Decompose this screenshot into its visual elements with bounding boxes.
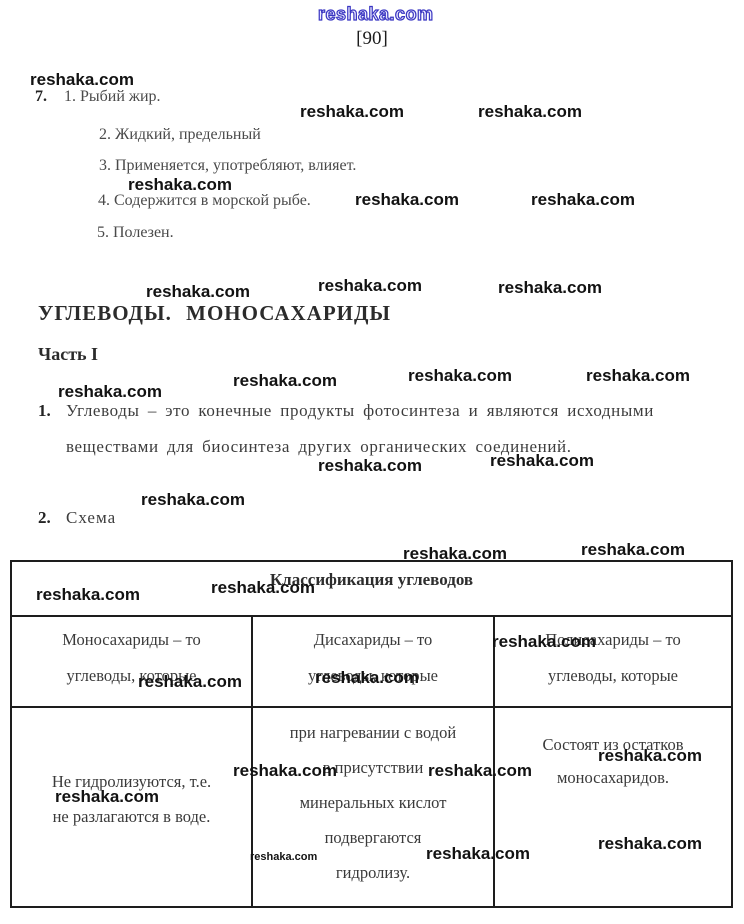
watermark: reshaka.com: [531, 190, 635, 210]
cell-monosaccharides-def: Моносахариды – то углеводы, которые: [12, 617, 251, 706]
watermark: reshaka.com: [318, 276, 422, 296]
cell-disaccharides-def: Дисахариды – то углеводы, которые: [251, 617, 493, 706]
watermark: reshaka.com: [318, 456, 422, 476]
watermark: reshaka.com: [403, 544, 507, 564]
watermark: reshaka.com: [498, 278, 602, 298]
watermark: reshaka.com: [128, 175, 232, 195]
watermark: reshaka.com: [318, 4, 434, 25]
exercise-7-item-5: 5. Полезен.: [97, 224, 174, 242]
page-number: [90]: [0, 28, 744, 50]
cell-text: Дисахариды – то: [253, 622, 493, 658]
cell-text: минеральных кислот: [253, 785, 493, 820]
watermark: reshaka.com: [55, 787, 159, 807]
cell-text: углеводы, которые: [495, 658, 731, 694]
watermark: reshaka.com: [233, 761, 337, 781]
watermark: reshaka.com: [233, 371, 337, 391]
part-heading: Часть I: [38, 344, 98, 365]
watermark: reshaka.com: [146, 282, 250, 302]
cell-polysaccharides-props: Состоят из остатков моносахаридов.: [493, 708, 731, 906]
watermark: reshaka.com: [581, 540, 685, 560]
watermark: reshaka.com: [30, 70, 134, 90]
document-page: [90] 7. 1. Рыбий жир. 2. Жидкий, предель…: [0, 0, 744, 924]
watermark: reshaka.com: [36, 585, 140, 605]
watermark: reshaka.com: [138, 672, 242, 692]
watermark: reshaka.com: [490, 451, 594, 471]
watermark: reshaka.com: [492, 632, 596, 652]
cell-text: при нагревании с водой: [253, 715, 493, 750]
watermark: reshaka.com: [428, 761, 532, 781]
table-row-properties: Не гидролизуются, т.е. не разлагаются в …: [12, 708, 731, 906]
watermark: reshaka.com: [426, 844, 530, 864]
item-2-label: Схема: [66, 508, 116, 528]
exercise-7-marker: 7.: [35, 88, 47, 106]
exercise-7-item-2: 2. Жидкий, предельный: [99, 126, 261, 144]
watermark: reshaka.com: [315, 668, 419, 688]
watermark: reshaka.com: [300, 102, 404, 122]
exercise-7-item-3: 3. Применяется, употребляют, влияет.: [99, 157, 356, 175]
item-2-marker: 2.: [38, 508, 51, 528]
watermark: reshaka.com: [598, 834, 702, 854]
watermark: reshaka.com: [408, 366, 512, 386]
watermark: reshaka.com: [58, 382, 162, 402]
watermark: reshaka.com: [598, 746, 702, 766]
watermark: reshaka.com: [141, 490, 245, 510]
table-row-definitions: Моносахариды – то углеводы, которые Диса…: [12, 617, 731, 708]
item-1-line-1: Углеводы – это конечные продукты фотосин…: [66, 401, 654, 421]
watermark: reshaka.com: [586, 366, 690, 386]
watermark: reshaka.com: [250, 851, 317, 863]
exercise-7-item-1: 1. Рыбий жир.: [64, 88, 161, 106]
watermark: reshaka.com: [355, 190, 459, 210]
watermark: reshaka.com: [211, 578, 315, 598]
cell-monosaccharides-props: Не гидролизуются, т.е. не разлагаются в …: [12, 708, 251, 906]
watermark: reshaka.com: [478, 102, 582, 122]
cell-text: Моносахариды – то: [12, 622, 251, 658]
classification-table: Классификация углеводов Моносахариды – т…: [10, 560, 733, 908]
section-title: УГЛЕВОДЫ. МОНОСАХАРИДЫ: [38, 301, 391, 326]
cell-polysaccharides-def: Полисахариды – то углеводы, которые: [493, 617, 731, 706]
cell-disaccharides-props: при нагревании с водой в присутствии мин…: [251, 708, 493, 906]
item-1-marker: 1.: [38, 401, 51, 421]
